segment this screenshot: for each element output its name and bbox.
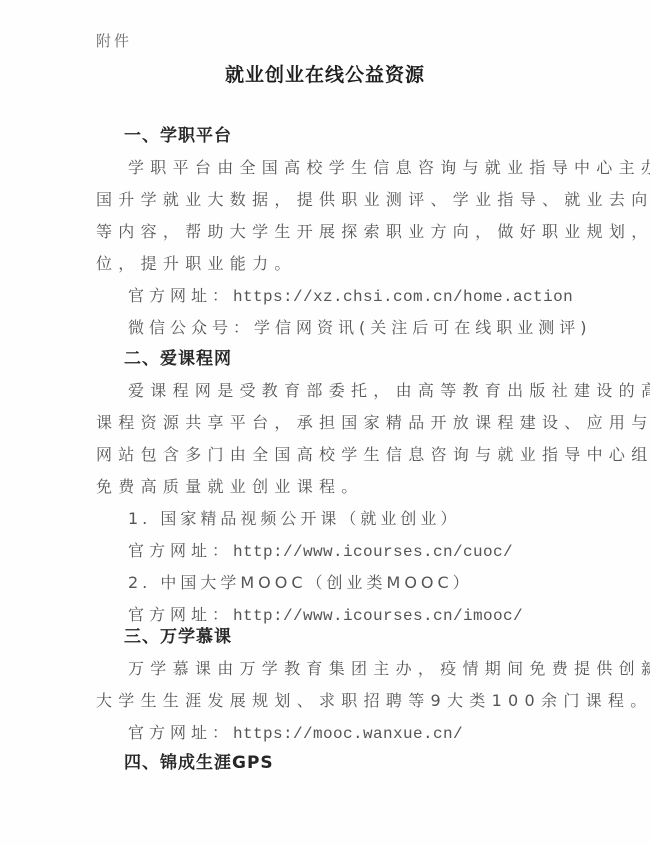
- section-heading-xuezhi: 一、学职平台: [124, 126, 232, 146]
- website-label: 官方网址：: [128, 723, 233, 742]
- website-link-imooc[interactable]: http://www.icourses.cn/imooc/: [233, 607, 523, 625]
- paragraph-line: 免费高质量就业创业课程。: [96, 477, 556, 497]
- section-heading-icourses: 二、爱课程网: [124, 349, 232, 369]
- wechat-label: 微信公众号：: [128, 318, 254, 337]
- paragraph-line: 学职平台由全国高校学生信息咨询与就业指导中心主办，依托全: [128, 158, 588, 178]
- paragraph-line: 课程资源共享平台，承担国家精品开放课程建设、应用与管理工作。: [96, 413, 556, 433]
- wechat-account: 学信网资讯(关注后可在线职业测评): [254, 318, 592, 337]
- paragraph-line: 网站包含多门由全国高校学生信息咨询与就业指导中心组织建设的: [96, 445, 556, 465]
- website-line-xuezhi: 官方网址：https://xz.chsi.com.cn/home.action: [128, 286, 573, 307]
- paragraph-line: 爱课程网是受教育部委托，由高等教育出版社建设的高等教育: [128, 381, 588, 401]
- list-item-imooc: 2. 中国大学MOOC（创业类MOOC）: [128, 573, 473, 593]
- website-link-wanxue[interactable]: https://mooc.wanxue.cn/: [233, 725, 463, 743]
- attachment-label: 附件: [96, 30, 132, 51]
- paragraph-line: 位，提升职业能力。: [96, 254, 556, 274]
- paragraph-line: 大学生生涯发展规划、求职招聘等9大类100余门课程。: [96, 691, 556, 711]
- section-heading-jincheng: 四、锦成生涯GPS: [124, 753, 274, 773]
- paragraph-line: 国升学就业大数据，提供职业测评、学业指导、就业去向、职业百科: [96, 190, 556, 210]
- website-line-imooc: 官方网址：http://www.icourses.cn/imooc/: [128, 605, 523, 626]
- paragraph-line: 等内容，帮助大学生开展探索职业方向，做好职业规划，找准目标定: [96, 222, 556, 242]
- website-line-cuoc: 官方网址：http://www.icourses.cn/cuoc/: [128, 541, 513, 562]
- section-heading-wanxue: 三、万学慕课: [124, 627, 232, 647]
- website-line-wanxue: 官方网址：https://mooc.wanxue.cn/: [128, 723, 463, 744]
- website-link-cuoc[interactable]: http://www.icourses.cn/cuoc/: [233, 543, 513, 561]
- list-item-cuoc: 1. 国家精品视频公开课（就业创业）: [128, 509, 460, 529]
- paragraph-line: 万学慕课由万学教育集团主办，疫情期间免费提供创新创业、: [128, 659, 588, 679]
- website-label: 官方网址：: [128, 605, 233, 624]
- website-label: 官方网址：: [128, 541, 233, 560]
- website-link-xuezhi[interactable]: https://xz.chsi.com.cn/home.action: [233, 288, 573, 306]
- document-title: 就业创业在线公益资源: [0, 60, 650, 87]
- document-page: 附件 就业创业在线公益资源 一、学职平台 学职平台由全国高校学生信息咨询与就业指…: [0, 0, 650, 845]
- wechat-line-xuezhi: 微信公众号：学信网资讯(关注后可在线职业测评): [128, 318, 592, 338]
- website-label: 官方网址：: [128, 286, 233, 305]
